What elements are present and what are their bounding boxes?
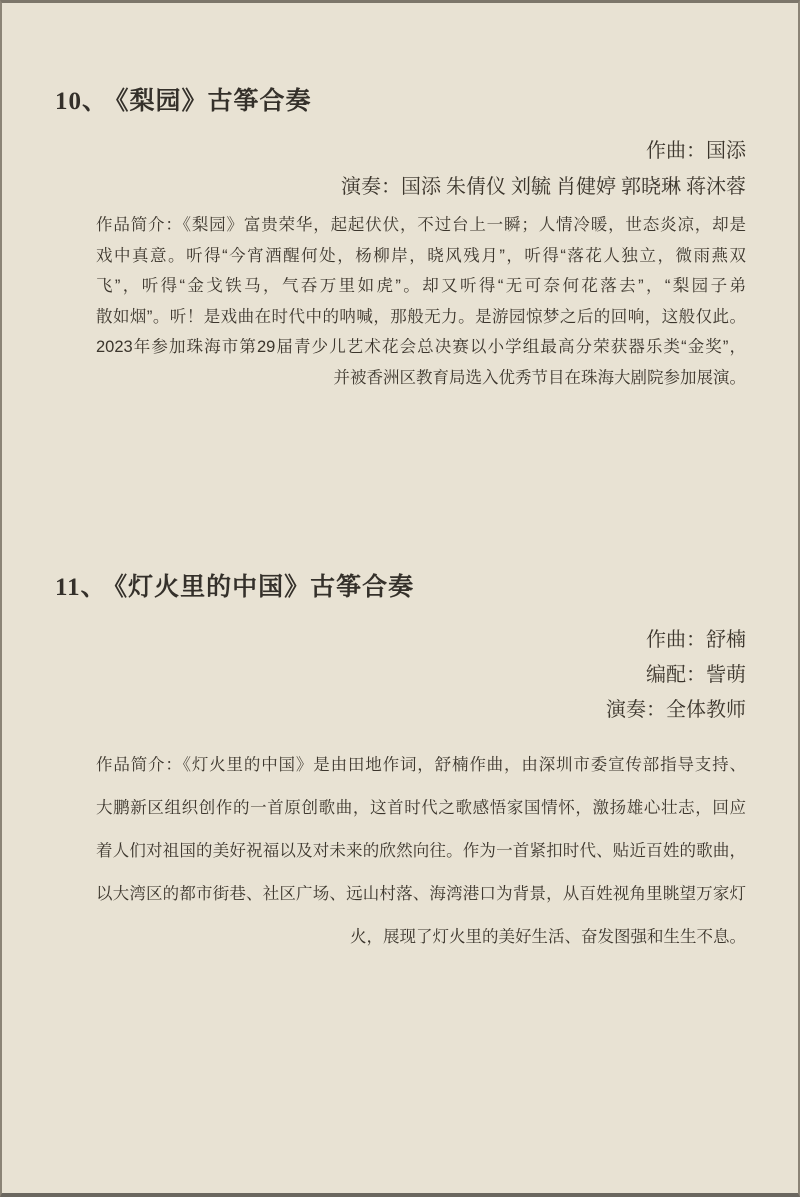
item-11-number: 11、	[55, 574, 107, 601]
performers-credit: 演奏：全体教师	[2, 693, 746, 728]
intro-line: 作品简介：《梨园》富贵荣华，起起伏伏，不过台上一瞬；人情冷暖，世态炎凉，却是	[96, 210, 746, 241]
intro-line: 作品简介：《灯火里的中国》是由田地作词，舒楠作曲，由深圳市委宣传部指导支持、	[96, 744, 746, 787]
intro-line: 着人们对祖国的美好祝福以及对未来的欣然向往。作为一首紧扣时代、贴近百姓的歌曲，	[96, 830, 746, 873]
program-page: 10、《梨园》古筝合奏 作曲：国添 演奏：国添 朱倩仪 刘毓 肖健婷 郭晓琳 蒋…	[0, 0, 800, 1197]
item-10-number: 10、	[55, 88, 108, 115]
performers-credit: 演奏：国添 朱倩仪 刘毓 肖健婷 郭晓琳 蒋沐蓉	[2, 169, 746, 205]
item-10-title: 10、《梨园》古筝合奏	[2, 3, 798, 117]
intro-line: 火，展现了灯火里的美好生活、奋发图强和生生不息。	[96, 916, 746, 959]
intro-line: 并被香洲区教育局选入优秀节目在珠海大剧院参加展演。	[96, 363, 746, 394]
intro-line: 散如烟”。听！是戏曲在时代中的呐喊，那般无力。是游园惊梦之后的回响，这般仅此。	[96, 302, 746, 333]
intro-line: 大鹏新区组织创作的一首原创歌曲，这首时代之歌感悟家国情怀，激扬雄心壮志，回应	[96, 787, 746, 830]
intro-line: 戏中真意。听得“今宵酒醒何处，杨柳岸，晓风残月”，听得“落花人独立，微雨燕双	[96, 241, 746, 272]
intro-line: 2023年参加珠海市第29届青少儿艺术花会总决赛以小学组最高分荣获器乐类“金奖”…	[96, 332, 746, 363]
arranger-credit: 编配：訾萌	[2, 658, 746, 693]
item-11-credits: 作曲：舒楠 编配：訾萌 演奏：全体教师	[2, 623, 798, 728]
composer-credit: 作曲：舒楠	[2, 623, 746, 658]
program-item-10: 10、《梨园》古筝合奏 作曲：国添 演奏：国添 朱倩仪 刘毓 肖健婷 郭晓琳 蒋…	[2, 3, 798, 393]
item-10-intro-paragraph: 作品简介：《梨园》富贵荣华，起起伏伏，不过台上一瞬；人情冷暖，世态炎凉，却是 戏…	[96, 210, 746, 393]
program-item-11: 11、《灯火里的中国》古筝合奏 作曲：舒楠 编配：訾萌 演奏：全体教师 作品简介…	[2, 573, 798, 959]
intro-line: 以大湾区的都市街巷、社区广场、远山村落、海湾港口为背景，从百姓视角里眺望万家灯	[96, 873, 746, 916]
item-10-credits: 作曲：国添 演奏：国添 朱倩仪 刘毓 肖健婷 郭晓琳 蒋沐蓉	[2, 133, 798, 205]
item-11-name: 《灯火里的中国》古筝合奏	[115, 574, 415, 601]
item-11-intro-paragraph: 作品简介：《灯火里的中国》是由田地作词，舒楠作曲，由深圳市委宣传部指导支持、 大…	[96, 744, 746, 959]
intro-line: 飞”，听得“金戈铁马，气吞万里如虎”。却又听得“无可奈何花落去”，“梨园子弟	[96, 271, 746, 302]
composer-credit: 作曲：国添	[2, 133, 746, 169]
item-10-name: 《梨园》古筝合奏	[116, 88, 312, 115]
item-11-title: 11、《灯火里的中国》古筝合奏	[2, 573, 798, 603]
